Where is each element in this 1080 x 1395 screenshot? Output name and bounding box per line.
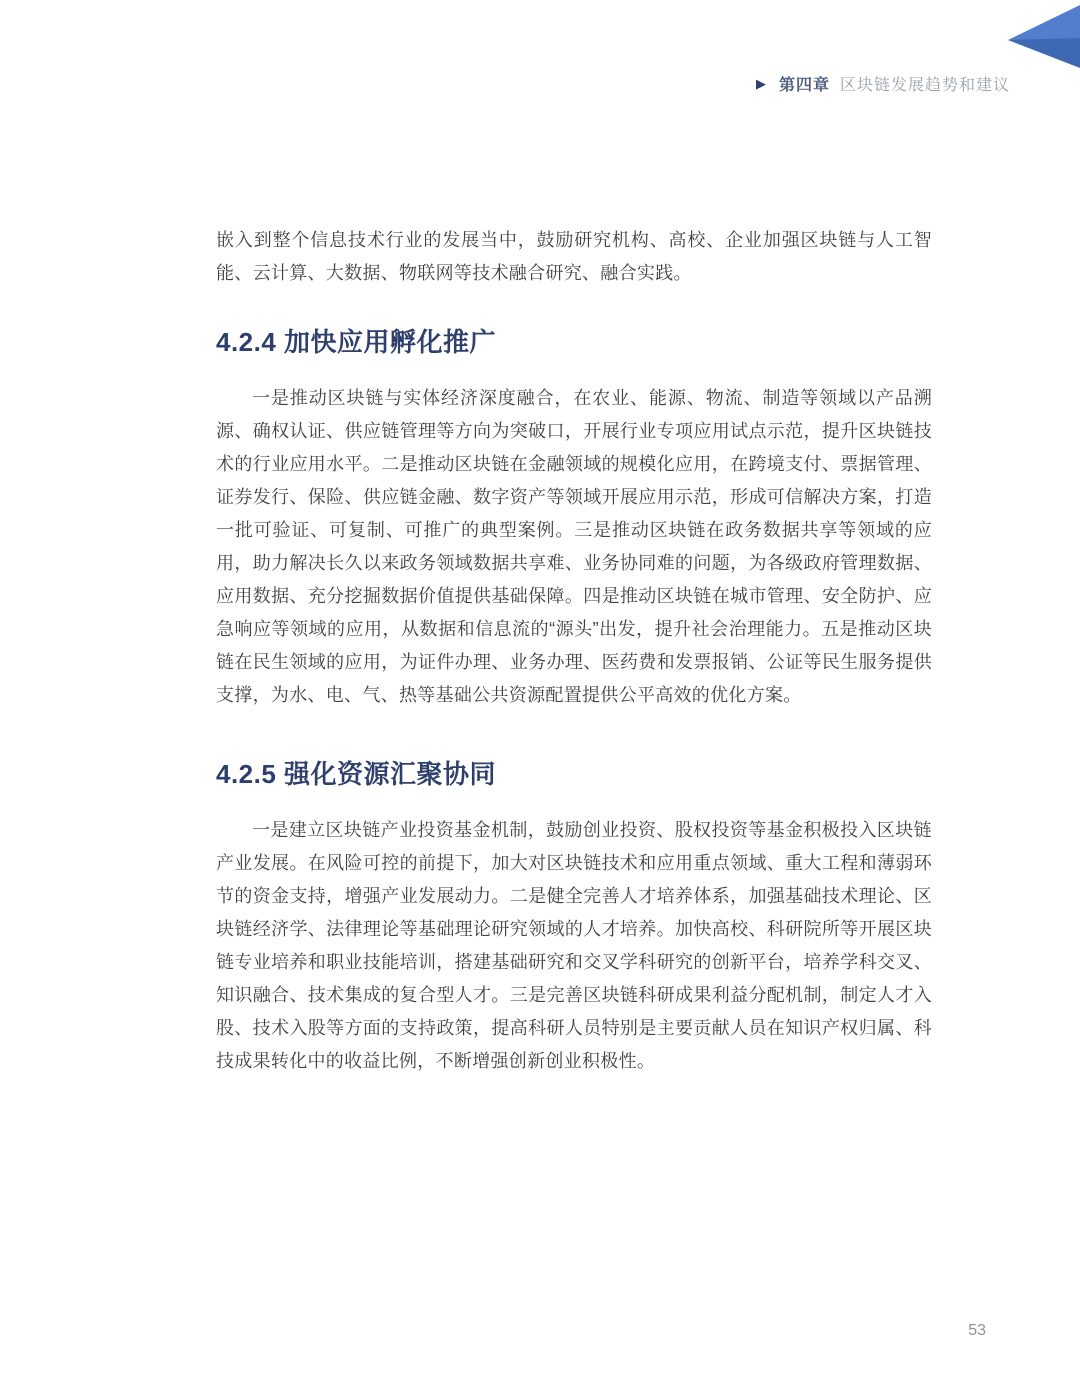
- document-page: ▶ 第四章 区块链发展趋势和建议 嵌入到整个信息技术行业的发展当中，鼓励研究机构…: [0, 0, 1080, 1395]
- intro-paragraph: 嵌入到整个信息技术行业的发展当中，鼓励研究机构、高校、企业加强区块链与人工智能、…: [216, 224, 932, 290]
- section-4-2-5-paragraph: 一是建立区块链产业投资基金机制，鼓励创业投资、股权投资等基金积极投入区块链产业发…: [216, 814, 932, 1078]
- page-content: 嵌入到整个信息技术行业的发展当中，鼓励研究机构、高校、企业加强区块链与人工智能、…: [216, 0, 932, 1078]
- section-heading-4-2-5: 4.2.5 强化资源汇聚协同: [216, 758, 932, 790]
- corner-triangle-decoration: [1008, 0, 1080, 70]
- page-number: 53: [968, 1322, 986, 1340]
- section-4-2-4-paragraph: 一是推动区块链与实体经济深度融合，在农业、能源、物流、制造等领域以产品溯源、确权…: [216, 382, 932, 712]
- section-heading-4-2-4: 4.2.4 加快应用孵化推广: [216, 326, 932, 358]
